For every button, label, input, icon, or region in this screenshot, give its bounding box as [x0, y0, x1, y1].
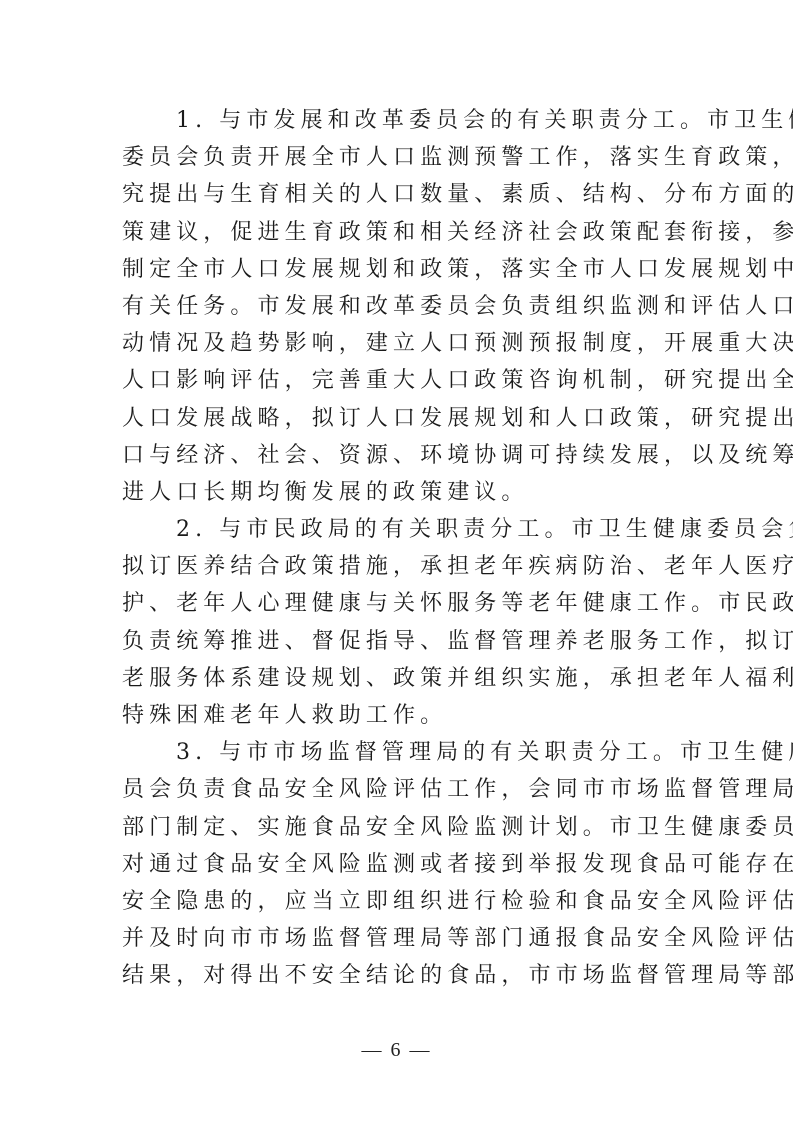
- paragraph-line: 进人口长期均衡发展的政策建议。: [122, 474, 674, 511]
- document-body: 1. 与市发展和改革委员会的有关职责分工。市卫生健康 委员会负责开展全市人口监测…: [122, 102, 674, 995]
- paragraph-line: 护、老年人心理健康与关怀服务等老年健康工作。市民政局: [122, 585, 674, 622]
- paragraph-line: 拟订医养结合政策措施，承担老年疾病防治、老年人医疗照: [122, 548, 674, 585]
- paragraph-line: 制定全市人口发展规划和政策，落实全市人口发展规划中的: [122, 251, 674, 288]
- paragraph-line: 人口影响评估，完善重大人口政策咨询机制，研究提出全市: [122, 362, 674, 399]
- paragraph-line: 并及时向市市场监督管理局等部门通报食品安全风险评估: [122, 920, 674, 957]
- page-number: — 6 —: [0, 1039, 793, 1062]
- paragraph-line: 1. 与市发展和改革委员会的有关职责分工。市卫生健康: [122, 102, 674, 139]
- paragraph-line: 结果，对得出不安全结论的食品，市市场监督管理局等部门: [122, 957, 674, 994]
- paragraph-line: 人口发展战略，拟订人口发展规划和人口政策，研究提出人: [122, 400, 674, 437]
- paragraph-line: 有关任务。市发展和改革委员会负责组织监测和评估人口变: [122, 288, 674, 325]
- paragraph-line: 2. 与市民政局的有关职责分工。市卫生健康委员会负责: [122, 511, 674, 548]
- paragraph-line: 负责统筹推进、督促指导、监督管理养老服务工作，拟订养: [122, 623, 674, 660]
- document-page: 1. 与市发展和改革委员会的有关职责分工。市卫生健康 委员会负责开展全市人口监测…: [0, 0, 793, 1122]
- paragraph-line: 老服务体系建设规划、政策并组织实施，承担老年人福利和: [122, 660, 674, 697]
- paragraph-line: 策建议，促进生育政策和相关经济社会政策配套衔接，参与: [122, 214, 674, 251]
- paragraph-line: 安全隐患的，应当立即组织进行检验和食品安全风险评估，: [122, 883, 674, 920]
- paragraph-line: 特殊困难老年人救助工作。: [122, 697, 674, 734]
- paragraph-line: 究提出与生育相关的人口数量、素质、结构、分布方面的政: [122, 176, 674, 213]
- paragraph-line: 委员会负责开展全市人口监测预警工作，落实生育政策，研: [122, 139, 674, 176]
- paragraph-1: 1. 与市发展和改革委员会的有关职责分工。市卫生健康 委员会负责开展全市人口监测…: [122, 102, 674, 511]
- paragraph-2: 2. 与市民政局的有关职责分工。市卫生健康委员会负责 拟订医养结合政策措施，承担…: [122, 511, 674, 734]
- paragraph-line: 员会负责食品安全风险评估工作，会同市市场监督管理局等: [122, 771, 674, 808]
- paragraph-line: 动情况及趋势影响，建立人口预测预报制度，开展重大决策: [122, 325, 674, 362]
- paragraph-3: 3. 与市市场监督管理局的有关职责分工。市卫生健康委 员会负责食品安全风险评估工…: [122, 734, 674, 994]
- paragraph-line: 对通过食品安全风险监测或者接到举报发现食品可能存在: [122, 846, 674, 883]
- paragraph-line: 部门制定、实施食品安全风险监测计划。市卫生健康委员会: [122, 809, 674, 846]
- paragraph-line: 3. 与市市场监督管理局的有关职责分工。市卫生健康委: [122, 734, 674, 771]
- paragraph-line: 口与经济、社会、资源、环境协调可持续发展，以及统筹促: [122, 437, 674, 474]
